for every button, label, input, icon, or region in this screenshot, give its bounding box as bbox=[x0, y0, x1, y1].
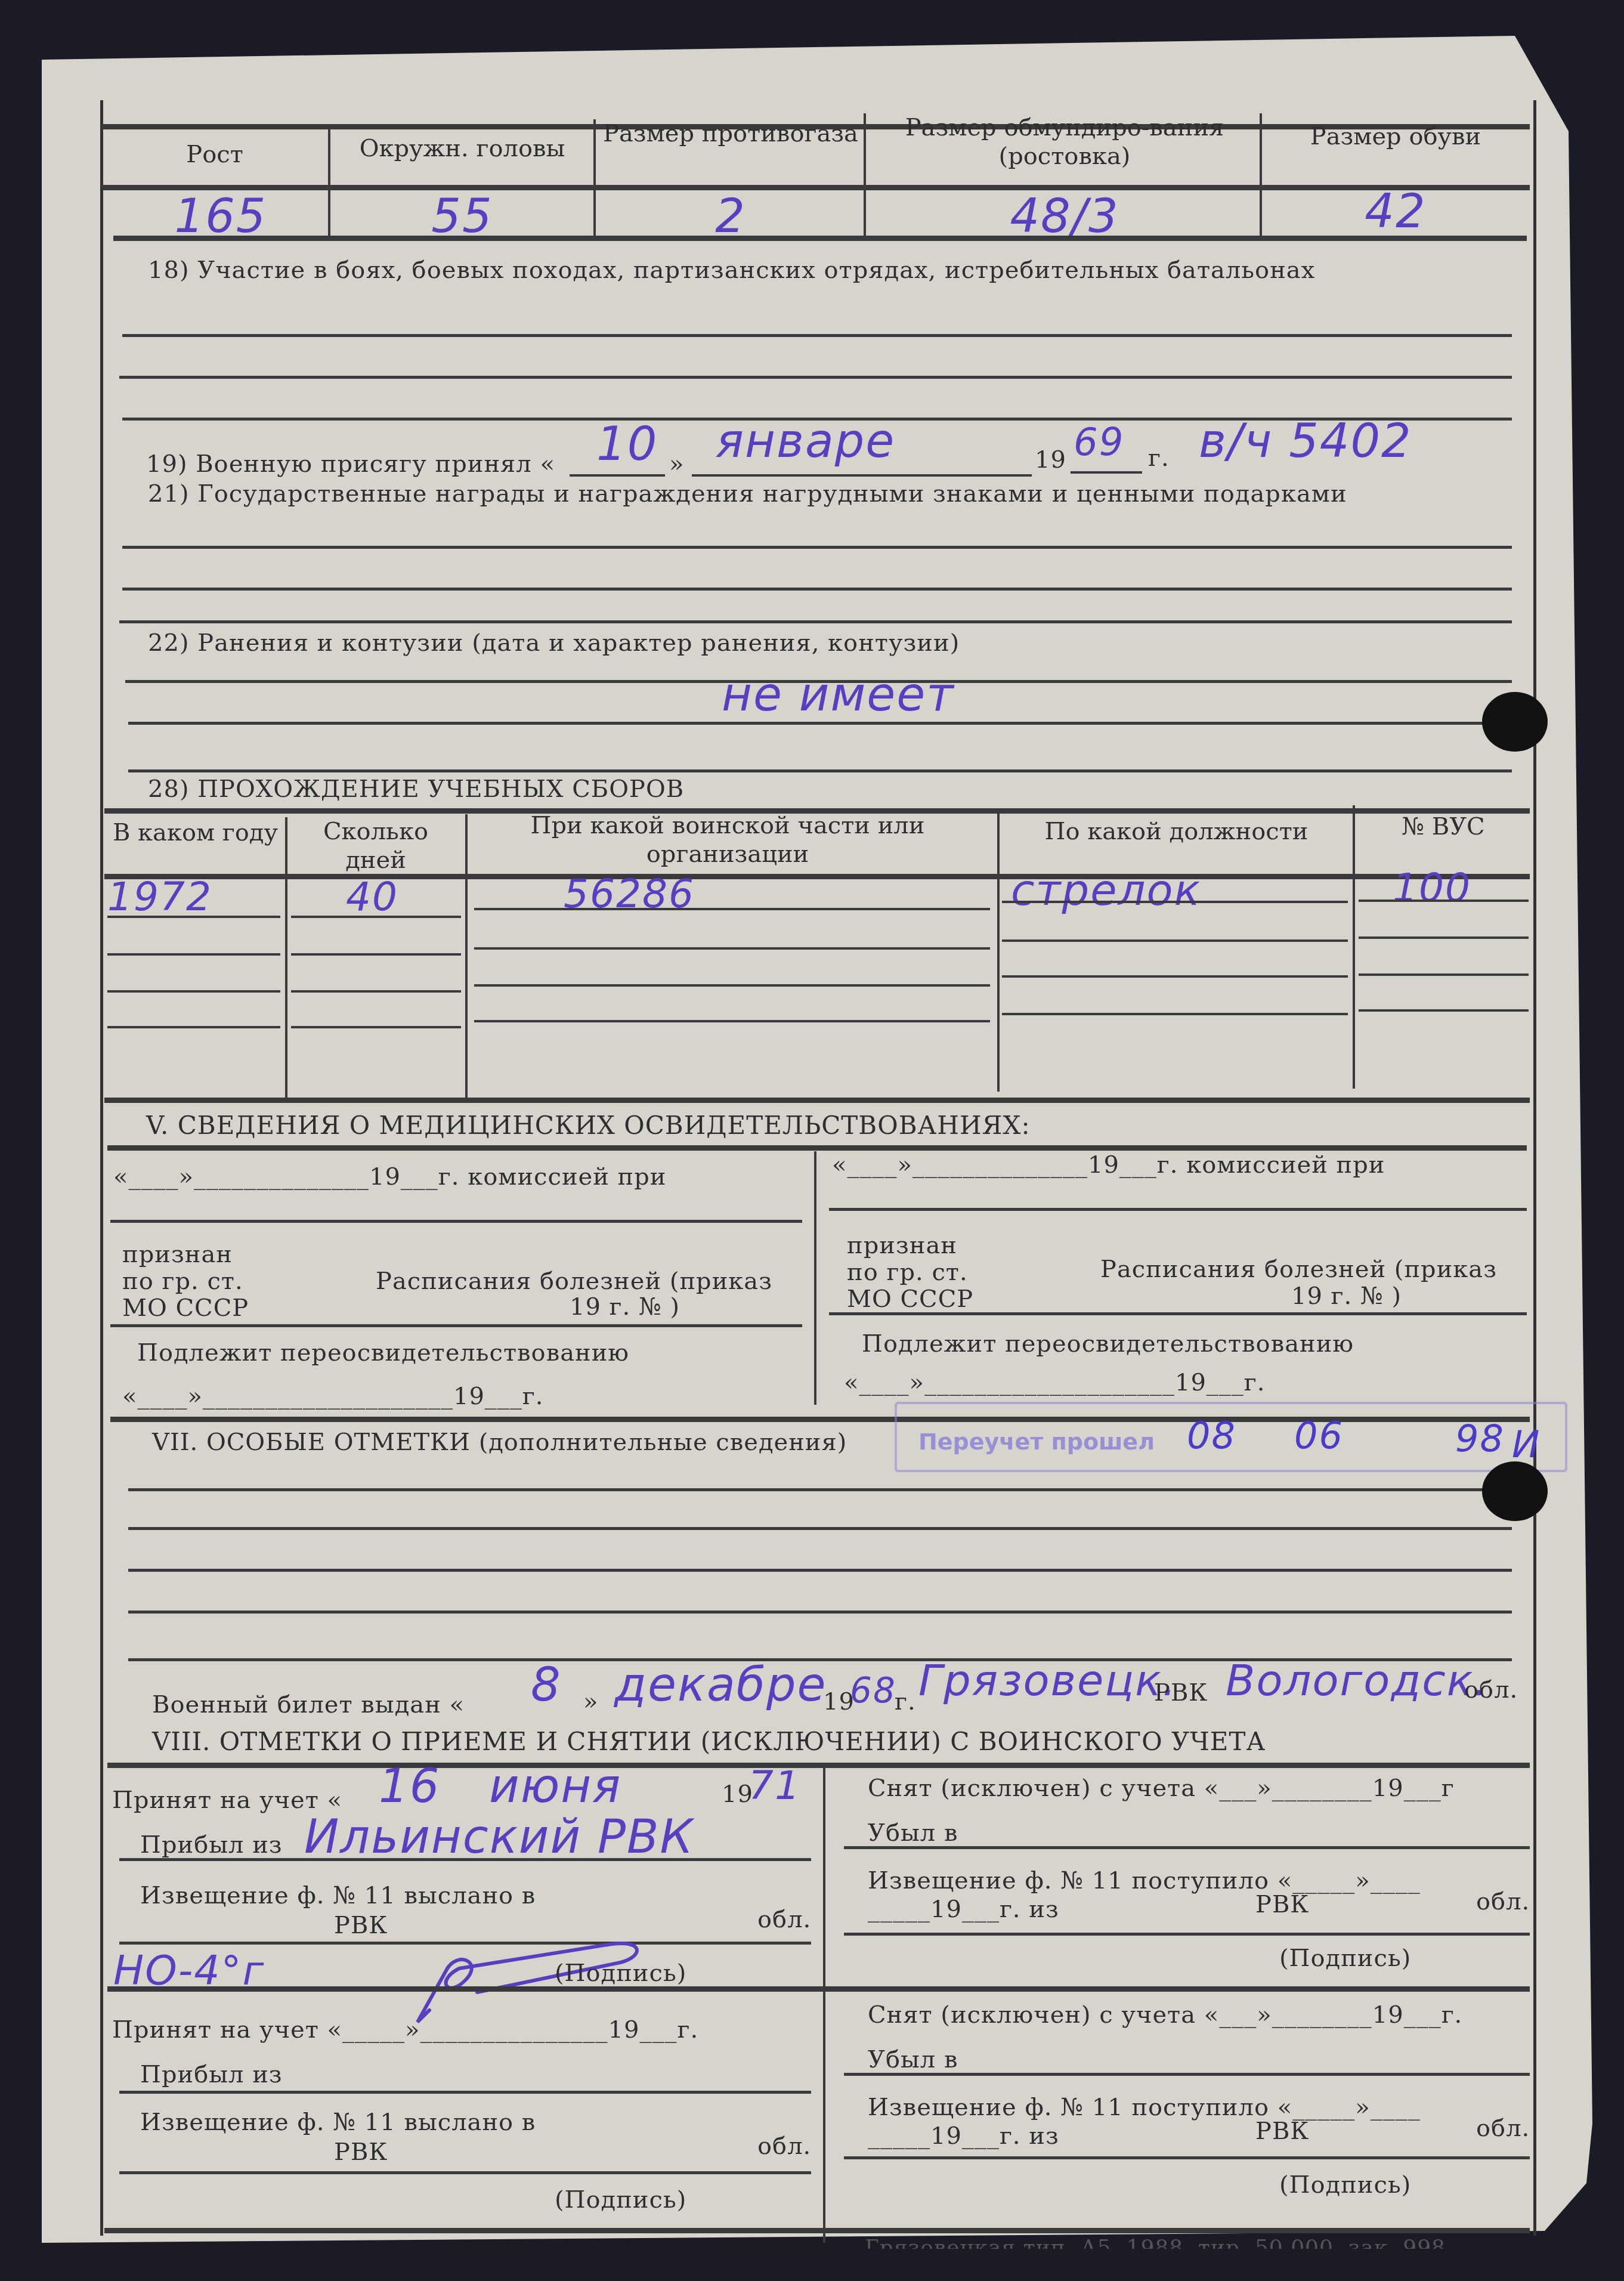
col-divider bbox=[1353, 805, 1355, 1089]
military-id-day: 8 bbox=[531, 1658, 562, 1712]
blank-line bbox=[128, 1527, 1512, 1530]
punch-hole bbox=[1482, 692, 1548, 752]
military-id-region: Вологодск. bbox=[1226, 1655, 1489, 1705]
notice-label: Извещение ф. № 11 выслано в bbox=[140, 1882, 536, 1909]
accepted-month: июня bbox=[489, 1760, 621, 1813]
punch-hole bbox=[1482, 1461, 1548, 1521]
blank-line bbox=[474, 908, 990, 910]
reexam-date: «____»____________________19___г. bbox=[844, 1369, 1266, 1396]
blank-line bbox=[122, 546, 1512, 549]
header-head-circumference: Окружн. головы bbox=[334, 134, 590, 163]
blank-line bbox=[107, 916, 280, 918]
section-22-label: 22) Ранения и контузии (дата и характер … bbox=[148, 629, 960, 657]
accepted-label: Принят на учет «_____»_______________19_… bbox=[112, 2016, 698, 2044]
header-unit: При какой воинской части или организации bbox=[513, 811, 942, 868]
reexam-date: «____»____________________19___г. bbox=[122, 1383, 544, 1410]
header-position: По какой должности bbox=[1002, 817, 1351, 846]
section-21-label: 21) Государственные награды и награждени… bbox=[148, 480, 1347, 508]
header-gasmask-size: Размер противогаза bbox=[599, 119, 862, 148]
blank-line bbox=[829, 1208, 1527, 1211]
stamp-year: 98 bbox=[1455, 1417, 1505, 1460]
rvk-label: РВК bbox=[1255, 1891, 1309, 1918]
mo-ussr-label: МО СССР bbox=[122, 1294, 249, 1322]
blank-line bbox=[474, 1020, 990, 1022]
stamp-day: 08 bbox=[1187, 1414, 1236, 1457]
cell-days: 40 bbox=[346, 874, 398, 920]
military-id-month: декабре bbox=[614, 1658, 827, 1712]
blank-line bbox=[128, 1569, 1512, 1572]
section-19-label: 19) Военную присягу принял « bbox=[146, 450, 555, 478]
reexam-label: Подлежит переосвидетельствованию bbox=[137, 1339, 629, 1367]
stamp-text: Переучет прошел bbox=[918, 1429, 1155, 1455]
header-uniform-size: Размер обмундиро-вания (ростовка) bbox=[871, 113, 1258, 171]
blank-line bbox=[1359, 973, 1529, 976]
quote-close: » bbox=[669, 450, 684, 478]
col-divider bbox=[1260, 113, 1262, 239]
notice-date: _____19___г. из bbox=[868, 1896, 1059, 1923]
col-divider bbox=[864, 113, 866, 239]
col-divider bbox=[823, 1766, 825, 2243]
blank-line bbox=[291, 916, 461, 918]
header-year: В каком году bbox=[107, 818, 283, 847]
notice-date: _____19___г. из bbox=[868, 2122, 1059, 2150]
blank-line bbox=[128, 1611, 1512, 1614]
obl-label: обл. bbox=[1476, 1888, 1530, 1915]
blank-line bbox=[291, 953, 461, 956]
group-label: по гр. ст. bbox=[847, 1259, 968, 1286]
cell-year: 1972 bbox=[107, 874, 212, 920]
value-shoe-size: 42 bbox=[1264, 185, 1527, 239]
blank-line bbox=[474, 984, 990, 987]
blank-line bbox=[474, 947, 990, 950]
col-divider bbox=[814, 1151, 816, 1405]
oath-unit: в/ч 5402 bbox=[1199, 415, 1412, 468]
col-divider bbox=[593, 119, 596, 239]
blank-line bbox=[107, 1026, 280, 1028]
signature-label: (Подпись) bbox=[1279, 1945, 1411, 1972]
blank-line bbox=[1359, 1009, 1529, 1012]
signature-label: (Подпись) bbox=[555, 2186, 686, 2214]
header-vus: № ВУС bbox=[1357, 812, 1530, 841]
rvk-label: РВК bbox=[1154, 1679, 1208, 1707]
blank-line bbox=[119, 376, 1512, 379]
section-v-title: V. СВЕДЕНИЯ О МЕДИЦИНСКИХ ОСВИДЕТЕЛЬСТВО… bbox=[146, 1111, 1031, 1140]
blank-line bbox=[107, 953, 280, 956]
blank-line bbox=[119, 620, 1512, 623]
blank-line bbox=[1359, 900, 1529, 902]
blank-line bbox=[122, 588, 1512, 591]
mo-ussr-label: МО СССР bbox=[847, 1285, 973, 1313]
header-days: Сколько дней bbox=[289, 817, 462, 874]
stamp-signature: И bbox=[1512, 1423, 1541, 1466]
med-date-line-right: «____»______________19___г. комиссией пр… bbox=[832, 1151, 1385, 1179]
col-divider bbox=[285, 817, 287, 1098]
divider bbox=[113, 236, 1527, 241]
rvk-label: РВК bbox=[1255, 2118, 1309, 2145]
group-label: по гр. ст. bbox=[122, 1268, 243, 1295]
blank-line bbox=[1359, 936, 1529, 939]
schedule-label: Расписания болезней (приказ bbox=[376, 1268, 772, 1295]
blank-line bbox=[122, 334, 1512, 337]
year-label: г. bbox=[1148, 444, 1170, 472]
section-vii-title: VII. ОСОБЫЕ ОТМЕТКИ (дополнительные свед… bbox=[152, 1429, 847, 1456]
blank-line bbox=[291, 990, 461, 993]
blank-line bbox=[291, 1026, 461, 1028]
reexam-label: Подлежит переосвидетельствованию bbox=[862, 1330, 1354, 1358]
blank-line bbox=[119, 2171, 811, 2174]
background bbox=[0, 2249, 1624, 2281]
divider bbox=[107, 1145, 1527, 1151]
obl-label: обл. bbox=[757, 1906, 811, 1933]
wounds-value: не имеет bbox=[722, 668, 955, 722]
blank-line bbox=[844, 1933, 1530, 1936]
military-id-label: Военный билет выдан « bbox=[152, 1691, 465, 1719]
recognized-label: признан bbox=[847, 1232, 957, 1259]
divider bbox=[107, 1986, 1530, 1992]
notice-label: Извещение ф. № 11 выслано в bbox=[140, 2109, 536, 2136]
order-date-label: 19 г. № ) bbox=[570, 1293, 680, 1321]
recognized-label: признан bbox=[122, 1241, 233, 1268]
obl-label: обл. bbox=[1464, 1676, 1518, 1704]
notice-label: Извещение ф. № 11 поступило «_____»____ bbox=[868, 2094, 1421, 2121]
cell-vus: 100 bbox=[1393, 865, 1471, 911]
blank-line bbox=[570, 474, 665, 477]
arrived-label: Прибыл из bbox=[140, 2061, 283, 2088]
oath-day: 10 bbox=[596, 418, 658, 471]
header-shoe-size: Размер обуви bbox=[1264, 122, 1527, 151]
year-label: г. bbox=[895, 1688, 916, 1716]
departed-label: Убыл в bbox=[868, 2046, 958, 2073]
notice-label: Извещение ф. № 11 поступило «_____»____ bbox=[868, 1867, 1421, 1894]
arrived-value: Ильинский РВК bbox=[304, 1810, 694, 1864]
cell-position: стрелок bbox=[1011, 865, 1201, 915]
arrived-label: Прибыл из bbox=[140, 1831, 283, 1859]
section-28-title: 28) ПРОХОЖДЕНИЕ УЧЕБНЫХ СБОРОВ bbox=[148, 775, 684, 803]
military-id-year: 68 bbox=[850, 1670, 896, 1711]
blank-line bbox=[1002, 1013, 1348, 1015]
order-date-label: 19 г. № ) bbox=[1291, 1282, 1402, 1310]
accepted-day: 16 bbox=[379, 1760, 440, 1813]
removed-label: Снят (исключен) с учета «___»________19_… bbox=[868, 1775, 1455, 1802]
blank-line bbox=[1071, 471, 1142, 474]
schedule-label: Расписания болезней (приказ bbox=[1100, 1256, 1497, 1283]
header-height: Рост bbox=[107, 140, 322, 169]
removed-label: Снят (исключен) с учета «___»________19_… bbox=[868, 2001, 1462, 2029]
col-divider bbox=[328, 128, 330, 236]
divider bbox=[104, 874, 1530, 879]
blank-line bbox=[110, 1220, 802, 1223]
stamp-month: 06 bbox=[1294, 1414, 1344, 1457]
blank-line bbox=[128, 1488, 1512, 1491]
blank-line bbox=[107, 990, 280, 993]
oath-year: 69 bbox=[1074, 421, 1124, 465]
accepted-year: 71 bbox=[748, 1763, 801, 1809]
blank-line bbox=[844, 1846, 1530, 1849]
blank-line bbox=[119, 1858, 811, 1861]
blank-line bbox=[844, 2156, 1530, 2159]
obl-label: обл. bbox=[1476, 2115, 1530, 2142]
signature-label: (Подпись) bbox=[1279, 2171, 1411, 2199]
col-divider bbox=[997, 808, 1000, 1092]
divider bbox=[104, 2228, 1530, 2233]
blank-line bbox=[1002, 975, 1348, 978]
blank-line bbox=[1002, 939, 1348, 942]
blank-line bbox=[692, 474, 1032, 477]
signature-label: (Подпись) bbox=[555, 1959, 686, 1987]
year-prefix: 19 bbox=[1035, 446, 1066, 474]
rvk-label: РВК bbox=[334, 1912, 388, 1939]
divider bbox=[107, 1763, 1530, 1768]
oath-month: январе bbox=[716, 415, 895, 468]
divider bbox=[104, 1098, 1530, 1103]
blank-line bbox=[110, 1324, 802, 1327]
quote-close: » bbox=[583, 1688, 598, 1716]
rvk-label: РВК bbox=[334, 2138, 388, 2166]
blank-line bbox=[844, 2073, 1530, 2076]
section-18-label: 18) Участие в боях, боевых походах, парт… bbox=[148, 256, 1315, 284]
blank-line bbox=[119, 2091, 811, 2094]
departed-label: Убыл в bbox=[868, 1819, 958, 1847]
blank-line bbox=[829, 1312, 1527, 1315]
section-viii-title: VIII. ОТМЕТКИ О ПРИЕМЕ И СНЯТИИ (ИСКЛЮЧЕ… bbox=[152, 1727, 1266, 1756]
blank-line bbox=[128, 769, 1512, 772]
military-id-city: Грязовецк. bbox=[918, 1655, 1177, 1705]
col-divider bbox=[465, 814, 468, 1098]
med-date-line-left: «____»______________19___г. комиссией пр… bbox=[113, 1163, 667, 1191]
obl-label: обл. bbox=[757, 2132, 811, 2160]
blank-line bbox=[128, 722, 1512, 725]
blank-line bbox=[1002, 901, 1348, 903]
